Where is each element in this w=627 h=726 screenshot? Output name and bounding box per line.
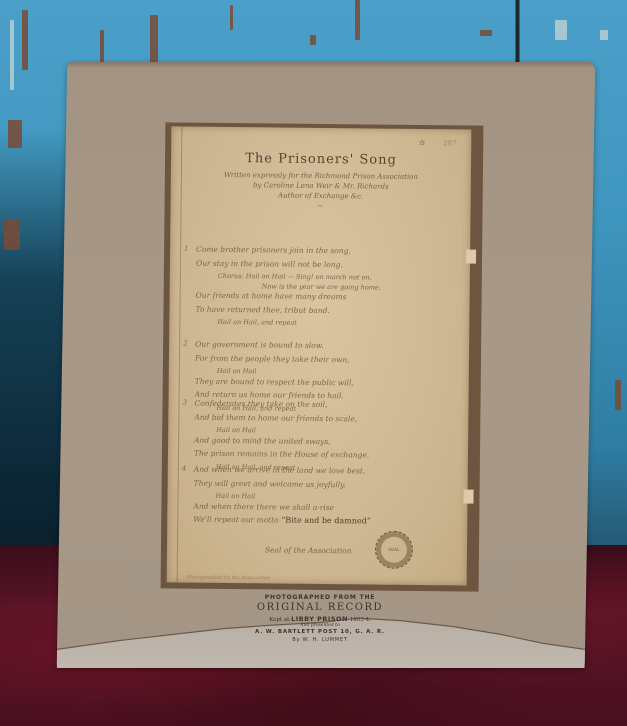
verse-line: And when we arrive in the land we love b… [194, 465, 366, 476]
verse-line: We'll repeat our motto “Bite and be damn… [193, 515, 371, 526]
verse-number: 1 [184, 245, 189, 253]
paper-tab [466, 250, 476, 264]
paint-chip [230, 5, 233, 30]
caption-line-1: PHOTOGRAPHED FROM THE [170, 594, 470, 601]
corner-stamp: ✿ [419, 139, 425, 147]
paint-chip [480, 30, 492, 36]
paper-tab [463, 489, 473, 503]
signature: Seal of the Association [265, 545, 352, 555]
caption-line-5: A. W. BARTLETT POST 10, G. A. R. [170, 629, 470, 635]
paint-chip [600, 30, 608, 40]
verses [171, 126, 471, 129]
verse-line: Our government is bound to slow. [195, 340, 324, 350]
association-seal: SEAL [375, 531, 413, 569]
manuscript-title: The Prisoners' Song [171, 150, 471, 168]
verse-line: Hail on Hail [217, 367, 257, 375]
paint-chip [555, 20, 567, 40]
corner-number: 287 [443, 139, 456, 147]
verse-line: They will greet and welcome us joyfully. [194, 478, 346, 489]
verse-line: To have returned thee, tribut band. [195, 304, 329, 314]
subtitle-line: by Caroline Lena Weir & Mr. Richards [171, 180, 471, 191]
caption-line-2: ORIGINAL RECORD [170, 602, 470, 613]
mat-top-edge [67, 62, 595, 68]
verse-line: Chorus: Hail on Hail — Sing! on march no… [218, 272, 372, 282]
paint-chip [100, 30, 104, 65]
verse-line: Our stay in the prison will not be long. [196, 258, 343, 269]
subtitle-line: Author of Exchange &c. [171, 190, 471, 201]
verse-line: And when there there we shall a-rise [193, 501, 334, 511]
verse-line: Our friends at home have many dreams [196, 291, 347, 302]
paint-chip [310, 35, 316, 45]
verse-line: And bid them to home our friends to scal… [194, 412, 357, 423]
manuscript-photo: ✿ 287 The Prisoners' Song Written expres… [161, 122, 484, 591]
paint-chip [4, 220, 20, 250]
manuscript-page: ✿ 287 The Prisoners' Song Written expres… [167, 126, 472, 585]
verse-line: The prison remains in the House of excha… [194, 449, 369, 460]
foot-note: Photographed by the Association [187, 575, 271, 582]
paint-chip [150, 15, 158, 65]
paint-chip [8, 120, 22, 148]
verse-line: Hail on Hail [216, 426, 256, 434]
verse-number: 2 [183, 340, 188, 348]
verse-number: 4 [182, 465, 187, 473]
verse-line: For from the people they take their own, [195, 353, 350, 364]
paint-chip [355, 0, 360, 40]
verse-number: 3 [182, 399, 187, 407]
caption-line-4: And presented to [170, 623, 470, 628]
subtitle-line: ~ [171, 200, 471, 211]
verse-line: They are bound to respect the public wil… [195, 376, 354, 387]
verse-line: Confederates they take on the soil, [194, 399, 327, 409]
paint-chip [22, 10, 28, 70]
caption-line-3: Kept at LIBBY PRISON 1863-4. [170, 615, 470, 623]
subtitle-line: Written expressly for the Richmond Priso… [171, 170, 471, 181]
caption-line-6: By W. H. LUMMET [170, 637, 470, 643]
paint-chip [10, 20, 14, 90]
verse-line: Hail on Hail, and repeat [217, 318, 297, 327]
printed-motto: “Bite and be damned” [279, 516, 371, 526]
verse-line: Now is the year we are going home, [262, 282, 381, 291]
caption-prison: LIBBY PRISON [291, 615, 348, 623]
verse-line: Come brother prisoners join in the song, [196, 245, 351, 256]
paint-chip [615, 380, 621, 410]
verse-line: Hail on Hail [215, 492, 255, 500]
verse-line: And good to mind the united sways, [194, 435, 331, 445]
